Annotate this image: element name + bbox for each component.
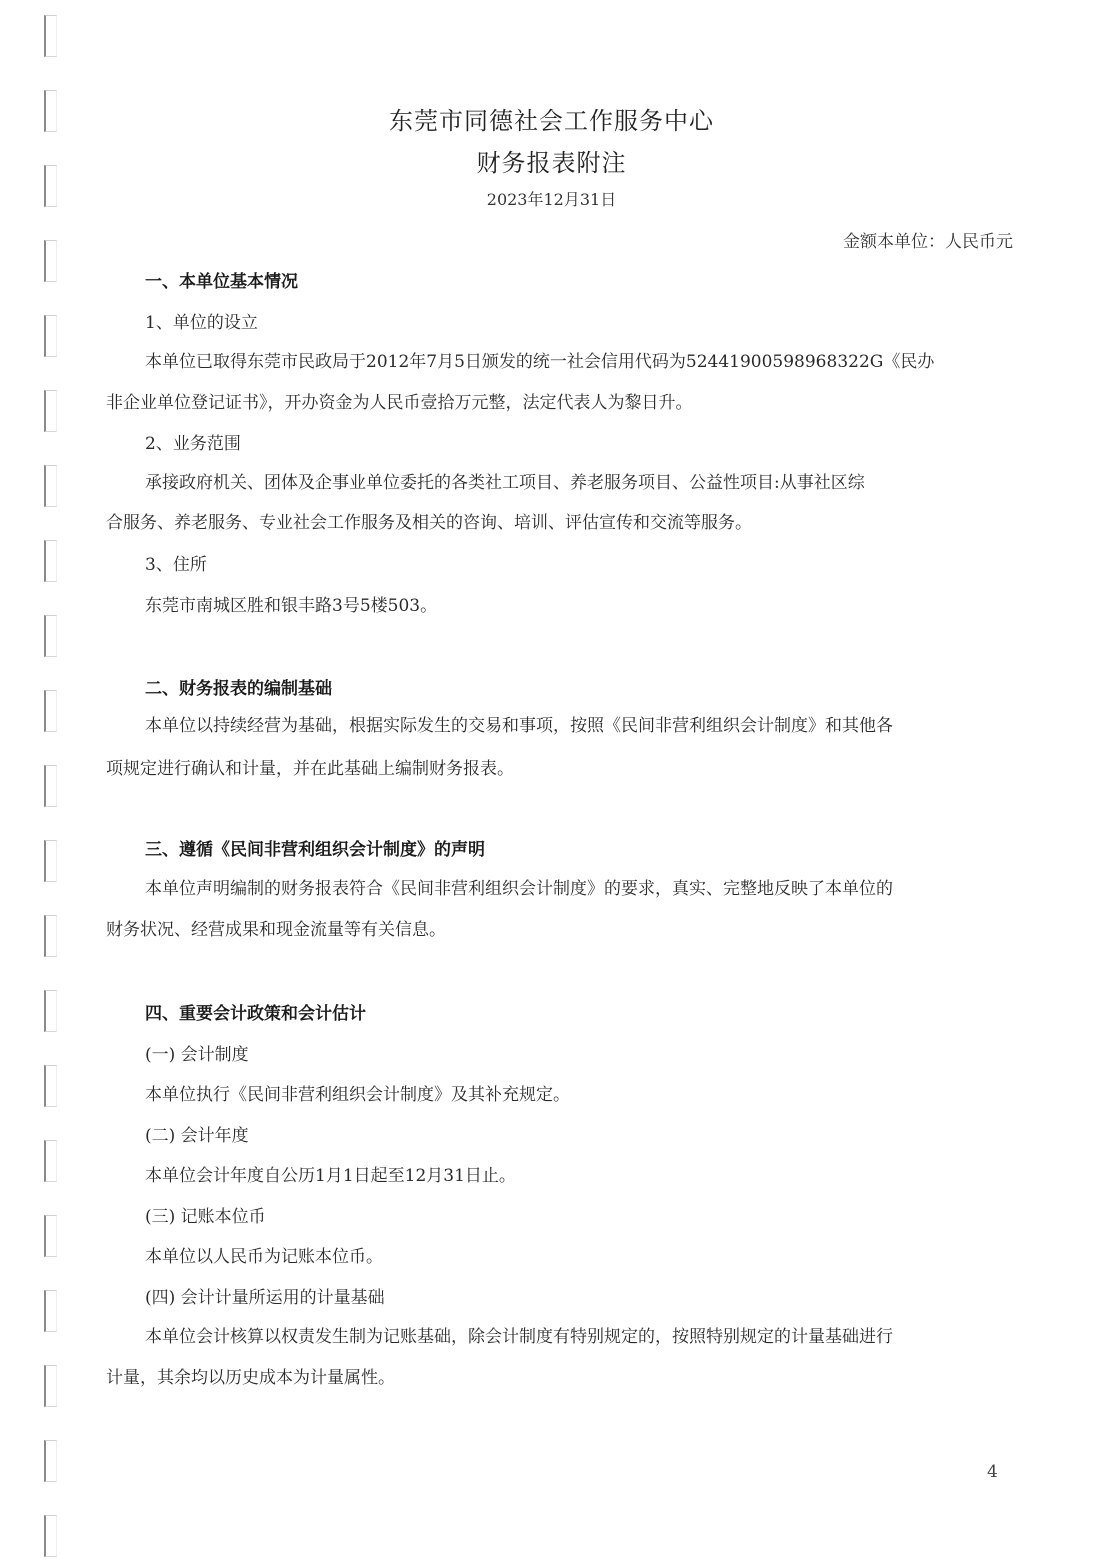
section-1-sub3-title: 3、住所 xyxy=(145,553,207,577)
binding-mark xyxy=(44,840,57,882)
section-2-text-cont: 项规定进行确认和计量，并在此基础上编制财务报表。 xyxy=(106,757,514,781)
binding-mark xyxy=(44,690,57,732)
section-4-sub4-text-cont: 计量，其余均以历史成本为计量属性。 xyxy=(106,1366,395,1390)
section-1-sub2-title: 2、业务范围 xyxy=(145,432,241,456)
binding-mark xyxy=(44,1440,57,1482)
report-date: 2023年12月31日 xyxy=(0,187,1103,210)
section-4-sub1-title: (一) 会计制度 xyxy=(145,1043,249,1067)
section-1-sub1-text: 本单位已取得东莞市民政局于2012年7月5日颁发的统一社会信用代码为524419… xyxy=(145,350,934,374)
document-title: 财务报表附注 xyxy=(0,143,1103,178)
binding-mark xyxy=(44,990,57,1032)
section-1-sub1-title: 1、单位的设立 xyxy=(145,311,258,335)
section-1-heading: 一、本单位基本情况 xyxy=(145,270,298,294)
section-2-text: 本单位以持续经营为基础，根据实际发生的交易和事项，按照《民间非营利组织会计制度》… xyxy=(145,714,893,738)
binding-mark xyxy=(44,465,57,507)
binding-mark xyxy=(44,1515,57,1557)
section-4-sub4-text: 本单位会计核算以权责发生制为记账基础，除会计制度有特别规定的，按照特别规定的计量… xyxy=(145,1325,893,1349)
binding-mark xyxy=(44,1290,57,1332)
section-4-heading: 四、重要会计政策和会计估计 xyxy=(145,1002,366,1026)
binding-mark xyxy=(44,240,57,282)
section-4-sub3-title: (三) 记账本位币 xyxy=(145,1205,266,1229)
section-3-text-cont: 财务状况、经营成果和现金流量等有关信息。 xyxy=(106,918,446,942)
section-4-sub2-text: 本单位会计年度自公历1月1日起至12月31日止。 xyxy=(145,1164,516,1188)
binding-mark xyxy=(44,615,57,657)
section-3-text: 本单位声明编制的财务报表符合《民间非营利组织会计制度》的要求，真实、完整地反映了… xyxy=(145,877,893,901)
binding-margin xyxy=(44,0,64,1559)
section-1-sub2-text: 承接政府机关、团体及企事业单位委托的各类社工项目、养老服务项目、公益性项目:从事… xyxy=(145,471,865,495)
organization-name: 东莞市同德社会工作服务中心 xyxy=(0,101,1103,136)
binding-mark xyxy=(44,1140,57,1182)
section-4-sub3-text: 本单位以人民币为记账本位币。 xyxy=(145,1245,383,1269)
binding-mark xyxy=(44,390,57,432)
binding-mark xyxy=(44,915,57,957)
section-4-sub2-title: (二) 会计年度 xyxy=(145,1124,249,1148)
binding-mark xyxy=(44,1215,57,1257)
binding-mark xyxy=(44,15,57,57)
binding-mark xyxy=(44,315,57,357)
binding-mark xyxy=(44,765,57,807)
section-1-sub3-text: 东莞市南城区胜和银丰路3号5楼503。 xyxy=(145,594,437,618)
section-1-sub1-text-cont: 非企业单位登记证书》，开办资金为人民币壹拾万元整，法定代表人为黎日升。 xyxy=(106,391,693,415)
section-2-heading: 二、财务报表的编制基础 xyxy=(145,677,332,701)
binding-mark xyxy=(44,1065,57,1107)
binding-mark xyxy=(44,1365,57,1407)
section-3-heading: 三、遵循《民间非营利组织会计制度》的声明 xyxy=(145,838,485,862)
binding-mark xyxy=(44,540,57,582)
section-4-sub4-title: (四) 会计计量所运用的计量基础 xyxy=(145,1286,385,1310)
page-number: 4 xyxy=(987,1462,998,1482)
section-4-sub1-text: 本单位执行《民间非营利组织会计制度》及其补充规定。 xyxy=(145,1083,570,1107)
currency-unit-note: 金额本单位：人民币元 xyxy=(843,227,1013,252)
section-1-sub2-text-cont: 合服务、养老服务、专业社会工作服务及相关的咨询、培训、评估宣传和交流等服务。 xyxy=(106,511,752,535)
